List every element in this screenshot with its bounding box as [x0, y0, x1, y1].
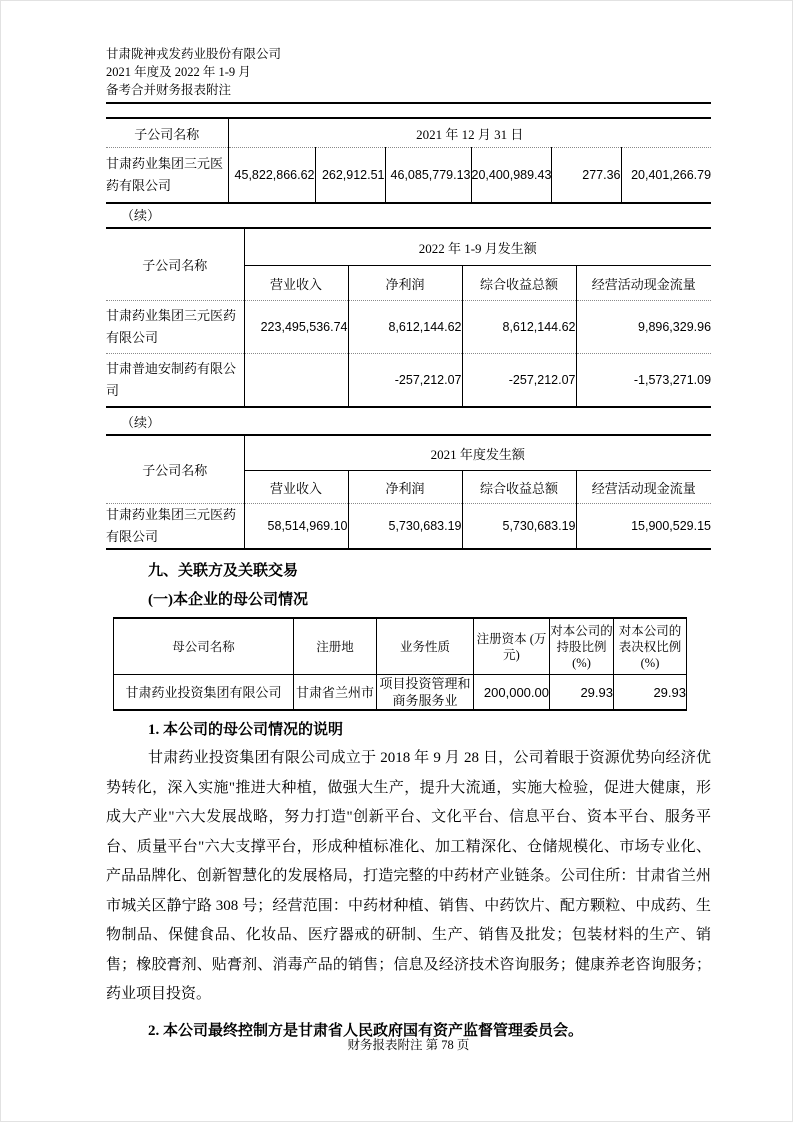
col-subsidiary-name: 子公司名称 — [106, 228, 244, 301]
col-registered-capital: 注册资本 (万元) — [474, 618, 550, 675]
cell-net-profit: 5,730,683.19 — [348, 504, 462, 550]
doc-header: 甘肃陇神戎发药业股份有限公司 2021 年度及 2022 年 1-9 月 备考合… — [106, 45, 711, 104]
col-net-profit: 净利润 — [348, 266, 462, 301]
table-header-row: 子公司名称 2022 年 1-9 月发生额 — [106, 228, 711, 266]
table-flows-2021: 子公司名称 2021 年度发生额 营业收入 净利润 综合收益总额 经营活动现金流… — [106, 434, 711, 550]
note1-title: 1. 本公司的母公司情况的说明 — [148, 719, 711, 742]
cell-value: 277.36 — [551, 148, 621, 204]
table-row: 甘肃药业集团三元医药有限公司 223,495,536.74 8,612,144.… — [106, 301, 711, 354]
cell-comprehensive-income: 8,612,144.62 — [462, 301, 576, 354]
note1-body: 甘肃药业投资集团有限公司成立于 2018 年 9 月 28 日，公司着眼于资源优… — [106, 744, 711, 1010]
table-row: 甘肃药业投资集团有限公司 甘肃省兰州市 项目投资管理和商务服务业 200,000… — [114, 675, 687, 711]
table-flows-2022: 子公司名称 2022 年 1-9 月发生额 营业收入 净利润 综合收益总额 经营… — [106, 227, 711, 408]
table-header-row: 子公司名称 2021 年度发生额 — [106, 435, 711, 471]
cell-voting-ratio: 29.93 — [614, 675, 687, 711]
col-operating-cash-flow: 经营活动现金流量 — [576, 266, 711, 301]
cell-subsidiary-name: 甘肃药业集团三元医药有限公司 — [106, 301, 244, 354]
cell-comprehensive-income: 5,730,683.19 — [462, 504, 576, 550]
cell-value: 20,401,266.79 — [621, 148, 711, 204]
report-title: 备考合并财务报表附注 — [106, 81, 711, 99]
cell-net-profit: 8,612,144.62 — [348, 301, 462, 354]
table-row: 甘肃普迪安制药有限公司 -257,212.07 -257,212.07 -1,5… — [106, 354, 711, 408]
col-net-profit: 净利润 — [348, 471, 462, 504]
cell-value: 20,400,989.43 — [471, 148, 551, 204]
cell-net-profit: -257,212.07 — [348, 354, 462, 408]
cell-parent-name: 甘肃药业投资集团有限公司 — [114, 675, 294, 711]
col-comprehensive-income: 综合收益总额 — [462, 266, 576, 301]
cell-revenue: 58,514,969.10 — [244, 504, 348, 550]
col-span-date: 2021 年 12 月 31 日 — [228, 118, 711, 148]
continued-label-1: （续） — [121, 207, 711, 225]
col-revenue: 营业收入 — [244, 471, 348, 504]
cell-operating-cash-flow: 15,900,529.15 — [576, 504, 711, 550]
col-operating-cash-flow: 经营活动现金流量 — [576, 471, 711, 504]
page: 甘肃陇神戎发药业股份有限公司 2021 年度及 2022 年 1-9 月 备考合… — [0, 0, 793, 1122]
table-row: 甘肃药业集团三元医药有限公司 58,514,969.10 5,730,683.1… — [106, 504, 711, 550]
cell-revenue — [244, 354, 348, 408]
cell-comprehensive-income: -257,212.07 — [462, 354, 576, 408]
cell-business-nature: 项目投资管理和商务服务业 — [377, 675, 474, 711]
table-row: 甘肃药业集团三元医药有限公司 45,822,866.62 262,912.51 … — [106, 148, 711, 204]
continued-label-2: （续） — [121, 414, 711, 432]
table-parent-company: 母公司名称 注册地 业务性质 注册资本 (万元) 对本公司的持股比例(%) 对本… — [113, 617, 687, 711]
cell-value: 45,822,866.62 — [228, 148, 315, 204]
cell-revenue: 223,495,536.74 — [244, 301, 348, 354]
col-parent-name: 母公司名称 — [114, 618, 294, 675]
col-subsidiary-name: 子公司名称 — [106, 435, 244, 504]
section-heading-related-parties: 九、关联方及关联交易 — [148, 560, 711, 582]
cell-subsidiary-name: 甘肃药业集团三元医药有限公司 — [106, 148, 228, 204]
subsection-heading-parent-company: (一)本企业的母公司情况 — [148, 589, 711, 611]
cell-value: 262,912.51 — [315, 148, 385, 204]
page-content: 甘肃陇神戎发药业股份有限公司 2021 年度及 2022 年 1-9 月 备考合… — [106, 45, 711, 1043]
company-name: 甘肃陇神戎发药业股份有限公司 — [106, 45, 711, 63]
col-registered-place: 注册地 — [294, 618, 377, 675]
cell-value: 46,085,779.13 — [385, 148, 471, 204]
table-header-row: 子公司名称 2021 年 12 月 31 日 — [106, 118, 711, 148]
col-business-nature: 业务性质 — [377, 618, 474, 675]
table-subsidiary-balance-2021: 子公司名称 2021 年 12 月 31 日 甘肃药业集团三元医药有限公司 45… — [106, 117, 711, 204]
cell-subsidiary-name: 甘肃药业集团三元医药有限公司 — [106, 504, 244, 550]
page-footer: 财务报表附注 第 78 页 — [106, 1035, 711, 1053]
cell-registered-place: 甘肃省兰州市 — [294, 675, 377, 711]
col-span-period: 2022 年 1-9 月发生额 — [244, 228, 711, 266]
table-header-row: 母公司名称 注册地 业务性质 注册资本 (万元) 对本公司的持股比例(%) 对本… — [114, 618, 687, 675]
col-subsidiary-name: 子公司名称 — [106, 118, 228, 148]
col-shareholding-ratio: 对本公司的持股比例(%) — [550, 618, 614, 675]
report-period: 2021 年度及 2022 年 1-9 月 — [106, 63, 711, 81]
col-comprehensive-income: 综合收益总额 — [462, 471, 576, 504]
cell-operating-cash-flow: -1,573,271.09 — [576, 354, 711, 408]
cell-subsidiary-name: 甘肃普迪安制药有限公司 — [106, 354, 244, 408]
cell-operating-cash-flow: 9,896,329.96 — [576, 301, 711, 354]
cell-shareholding-ratio: 29.93 — [550, 675, 614, 711]
col-span-period: 2021 年度发生额 — [244, 435, 711, 471]
col-voting-ratio: 对本公司的表决权比例(%) — [614, 618, 687, 675]
cell-registered-capital: 200,000.00 — [474, 675, 550, 711]
col-revenue: 营业收入 — [244, 266, 348, 301]
